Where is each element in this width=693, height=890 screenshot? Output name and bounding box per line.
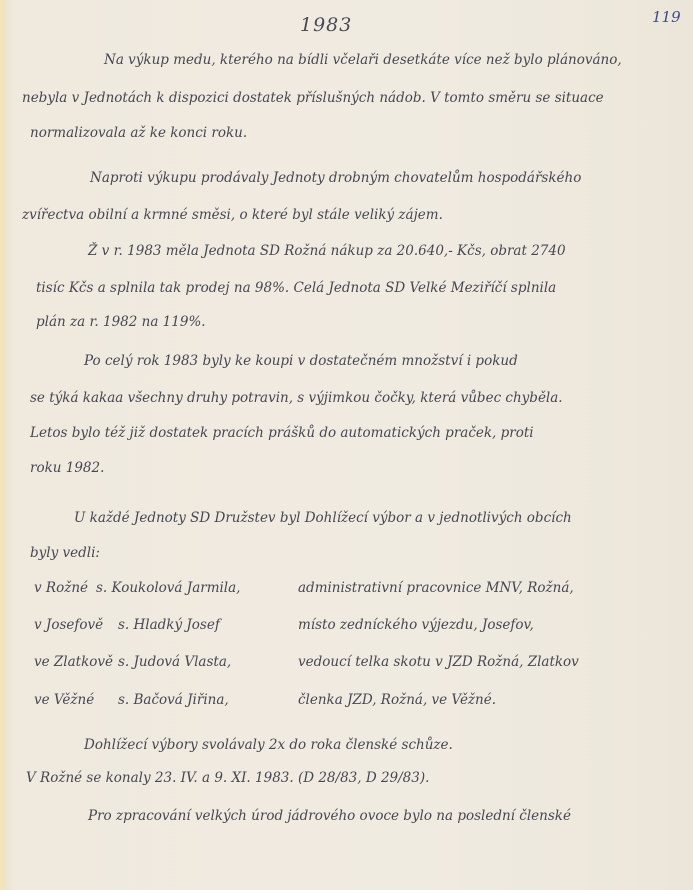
text-line: Pro zpracování velkých úrod jádrového ov… — [88, 808, 571, 824]
committee-place: ve Zlatkově — [34, 654, 113, 670]
page-number: 119 — [652, 8, 681, 26]
committee-role: místo zedníckého výjezdu, Josefov, — [298, 617, 534, 633]
committee-role: administrativní pracovnice MNV, Rožná, — [298, 580, 574, 596]
committee-name: s. Koukolová Jarmila, — [96, 580, 240, 596]
text-line: zvířectva obilní a krmné směsi, o které … — [22, 207, 443, 223]
text-line: Naproti výkupu prodávaly Jednoty drobným… — [90, 170, 581, 186]
handwritten-page: 1983 119 Na výkup medu, kterého na bídli… — [0, 0, 693, 890]
committee-name: s. Judová Vlasta, — [118, 654, 231, 670]
text-line: plán za r. 1982 na 119%. — [36, 314, 206, 330]
text-line: Na výkup medu, kterého na bídli včelaři … — [104, 52, 622, 68]
text-line: Po celý rok 1983 byly ke koupi v dostate… — [84, 353, 518, 369]
year-heading: 1983 — [300, 14, 352, 36]
committee-name: s. Hladký Josef — [118, 617, 220, 633]
committee-role: členka JZD, Rožná, ve Věžné. — [298, 692, 496, 708]
text-line: Dohlížecí výbory svolávaly 2x do roka čl… — [84, 737, 453, 753]
committee-role: vedoucí telka skotu v JZD Rožná, Zlatkov — [298, 654, 579, 670]
text-line: byly vedli: — [30, 545, 100, 561]
committee-name: s. Bačová Jiřina, — [118, 692, 229, 708]
text-line: se týká kakaa všechny druhy potravin, s … — [30, 390, 563, 406]
committee-place: v Josefově — [34, 617, 103, 633]
text-line: roku 1982. — [30, 460, 104, 476]
text-line: nebyla v Jednotách k dispozici dostatek … — [22, 90, 604, 106]
committee-place: v Rožné — [34, 580, 88, 596]
text-line: normalizovala až ke konci roku. — [30, 125, 247, 141]
text-line: tisíc Kčs a splnila tak prodej na 98%. C… — [36, 280, 556, 296]
text-line: V Rožné se konaly 23. IV. a 9. XI. 1983.… — [26, 770, 429, 786]
page-edge — [0, 0, 5, 890]
committee-place: ve Věžné — [34, 692, 94, 708]
text-line: Letos bylo též již dostatek pracích práš… — [30, 425, 534, 441]
text-line: U každé Jednoty SD Družstev byl Dohlížec… — [74, 510, 572, 526]
text-line: Ž v r. 1983 měla Jednota SD Rožná nákup … — [88, 243, 566, 259]
